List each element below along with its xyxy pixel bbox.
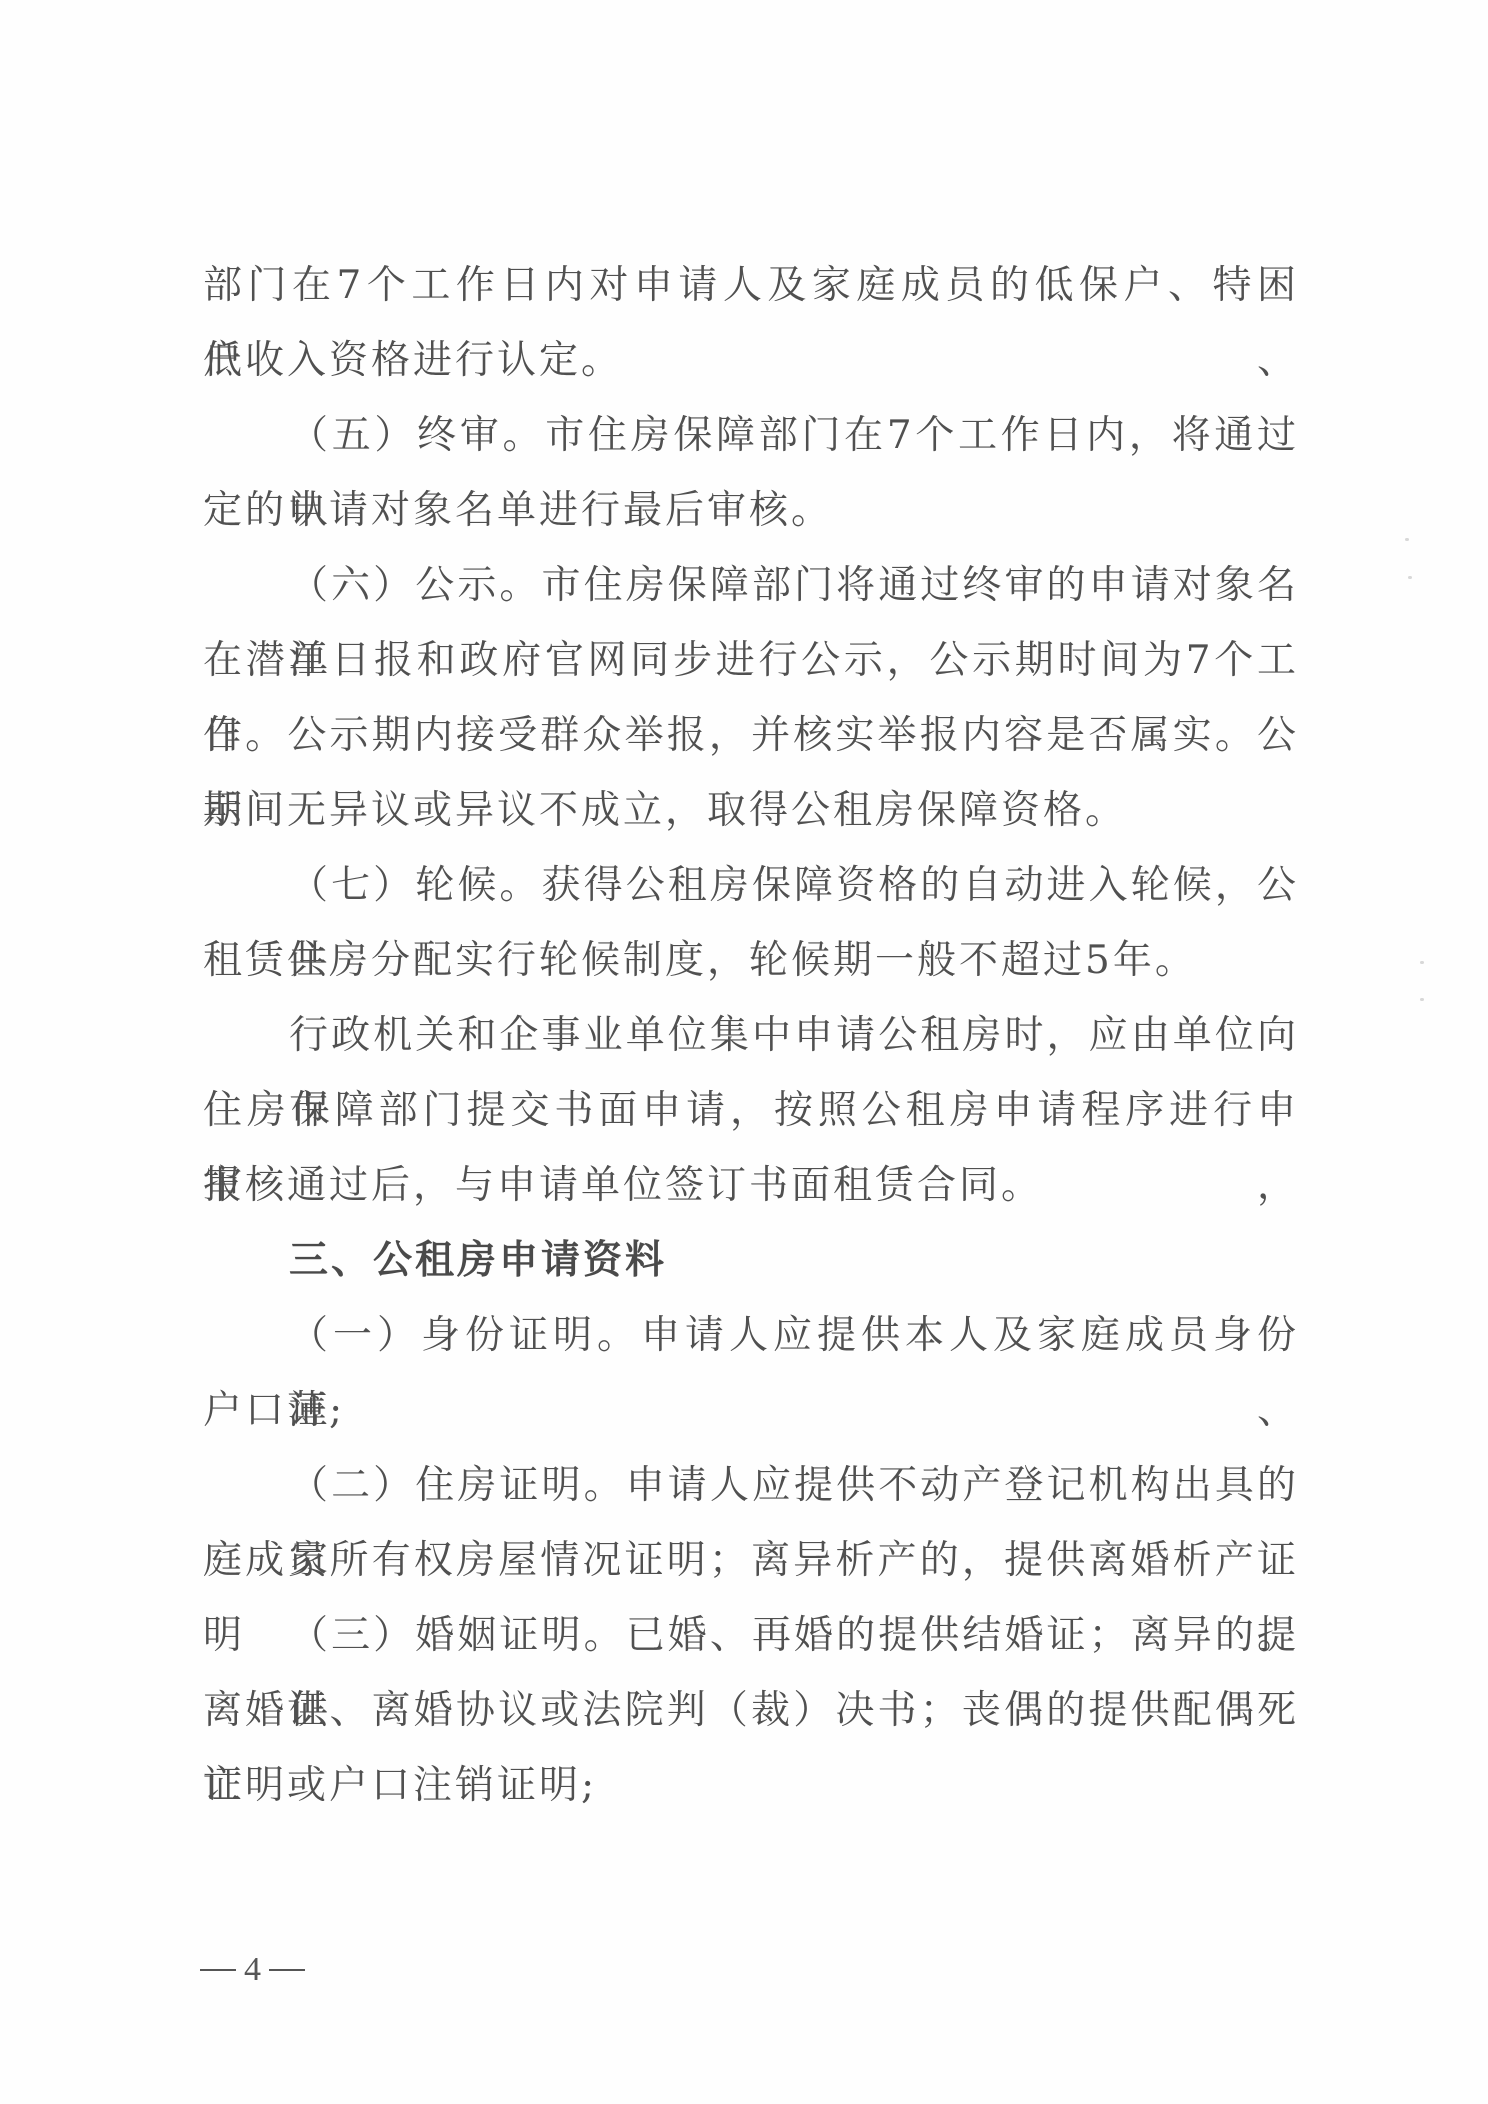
dash-right [269,1969,305,1971]
paragraph-line: 日。公示期内接受群众举报，并核实举报内容是否属实。公示 [203,698,1299,773]
paragraph-line: （七）轮候。获得公租房保障资格的自动进入轮候，公共 [289,848,1299,923]
scan-speck [1420,998,1424,1001]
dash-left [200,1969,236,1971]
paragraph-line: 部门在7个工作日内对申请人及家庭成员的低保户、特困户、 [203,248,1299,323]
paragraph-line: 低收入资格进行认定。 [203,323,1299,398]
scan-speck [1420,961,1424,964]
document-page: 部门在7个工作日内对申请人及家庭成员的低保户、特困户、 低收入资格进行认定。 （… [0,0,1488,2104]
paragraph-line: 在潜江日报和政府官网同步进行公示，公示期时间为7个工作 [203,623,1299,698]
paragraph-line: （六）公示。市住房保障部门将通过终审的申请对象名单 [289,548,1299,623]
paragraph-line: 定的申请对象名单进行最后审核。 [203,473,1299,548]
paragraph-line: 证明或户口注销证明; [203,1748,1299,1823]
scan-speck [1405,538,1409,541]
paragraph-line: 住房保障部门提交书面申请，按照公租房申请程序进行申报， [203,1073,1299,1148]
scan-speck [1408,576,1412,579]
paragraph-line: （二）住房证明。申请人应提供不动产登记机构出具的家 [289,1448,1299,1523]
paragraph-line: （五）终审。市住房保障部门在7个工作日内，将通过认 [289,398,1299,473]
paragraph-line: 行政机关和企事业单位集中申请公租房时，应由单位向市 [289,998,1299,1073]
page-number: 4 [200,1945,305,1995]
paragraph-line: 庭成员所有权房屋情况证明；离异析产的，提供离婚析产证明。 [203,1523,1299,1598]
paragraph-line: 期间无异议或异议不成立，取得公租房保障资格。 [203,773,1299,848]
paragraph-line: 租赁住房分配实行轮候制度，轮候期一般不超过5年。 [203,923,1299,998]
paragraph-line: 审核通过后，与申请单位签订书面租赁合同。 [203,1148,1299,1223]
paragraph-line: 户口薄; [203,1373,1299,1448]
paragraph-line: 离婚证、离婚协议或法院判（裁）决书；丧偶的提供配偶死亡 [203,1673,1299,1748]
paragraph-line: （三）婚姻证明。已婚、再婚的提供结婚证；离异的提供 [289,1598,1299,1673]
page-number-value: 4 [244,1945,261,1995]
section-heading: 三、公租房申请资料 [289,1223,1299,1298]
paragraph-line: （一）身份证明。申请人应提供本人及家庭成员身份证、 [289,1298,1299,1373]
